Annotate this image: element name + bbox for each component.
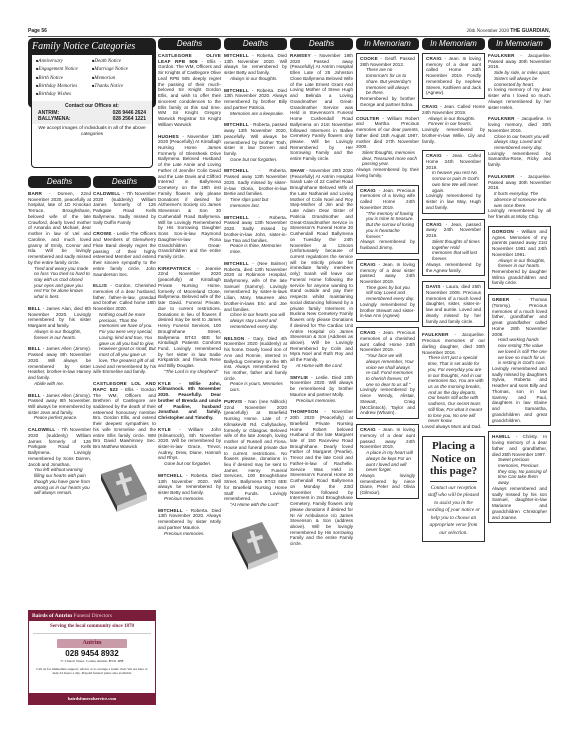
notice-name: CRAIG xyxy=(426,56,442,61)
notice-item: COOKE - Geoff. Passed 28th November 2012… xyxy=(356,53,419,111)
ad-phone: 028 9454 8932 xyxy=(29,649,155,659)
date-text: 26th November 2020 xyxy=(467,29,510,34)
ad-name: Bairds of Antrim xyxy=(32,613,72,619)
notice-item: CRAIG - Jean. In loving memory of a dear… xyxy=(356,259,419,322)
ad-town: Antrim xyxy=(57,639,127,648)
placing-title: Placing a Notice on this page? xyxy=(426,440,481,478)
notice-item: BELL - James Alan, died 8th November 202… xyxy=(28,306,91,340)
notice-body: BELL - James Alan, died 8th November 202… xyxy=(28,306,91,329)
notice-verse: There are no tomorrow's for us to share.… xyxy=(360,67,415,96)
contact-offices: Contact our Offices at: ANTRIM:028 9446 … xyxy=(32,101,152,124)
notice-name: FAULKNER xyxy=(488,116,515,121)
notice-verse: Precious memories. xyxy=(158,496,221,502)
notice-body: COULTER - William Robert and Martha. Pre… xyxy=(356,116,419,150)
notice-item: RAMSEY - November 19th 2020 Passed away … xyxy=(290,53,353,162)
notice-list: FAULKNER - Jacqueline. Passed away 30th … xyxy=(488,53,551,523)
notice-verse: Close in our hearts you will always stay… xyxy=(224,312,287,329)
notice-verse: Silent thoughts, memories dear, Treasure… xyxy=(356,150,419,167)
notice-body: THOMPSON - November 20th 2020 (Peacefull… xyxy=(290,409,353,547)
notice-signoff: Lovingly remembered and sadly missed by … xyxy=(492,366,547,423)
notice-name: MITCHELL xyxy=(224,261,249,266)
notice-name: MITCHELL xyxy=(158,508,183,513)
notice-item: FAULKNER - Jacqueline. In loving memory,… xyxy=(488,116,551,168)
notice-signoff: Lovingly remembered by brother-in-law Wi… xyxy=(422,127,485,144)
notice-verse: Tired and weary you made no fuss You tri… xyxy=(28,266,91,300)
office-phone: 028 2564 1221 xyxy=(113,116,146,122)
office-name: BALLYMENA: xyxy=(38,116,71,122)
notice-text: - Leslie The Officers and Members of Gle… xyxy=(93,231,156,276)
notice-body: CRAIG - Jean. Precious memories of a lov… xyxy=(360,188,415,211)
notice-body: SHAW - November 20th 2020 (Peacefully) A… xyxy=(290,168,353,363)
notice-item: CRAIG - Jean. Called Home 24th November … xyxy=(422,104,485,144)
notice-name: CRAIG xyxy=(360,188,376,193)
notice-body: MITCHELL - Roberta. Passed away 13th Nov… xyxy=(224,168,287,197)
placing-body: Contact our reception staff who will be … xyxy=(426,485,481,538)
notice-text: - Thomas (Tommy). Precious memories of a… xyxy=(492,297,547,336)
notice-name: CRAIG xyxy=(360,330,376,335)
notice-verse: "Your face we will always remember, Your… xyxy=(360,353,415,387)
category-item: Marriage Notice xyxy=(92,66,148,73)
notice-verse: Always in our thoughts, forever in our h… xyxy=(492,258,547,269)
ad-header: Bairds of Antrim Funeral Directors xyxy=(29,611,155,621)
notice-text: - 7th November 2020 (suddenly) William J… xyxy=(93,191,156,225)
notice-item: KIRKPATRICK - Jeannie 22nd November 2020… xyxy=(158,266,221,375)
notice-verse: "At Home with the Lord" xyxy=(224,502,287,508)
notice-name: HAMILL xyxy=(492,434,511,439)
paper-name: THE GUARDIAN, xyxy=(510,28,550,34)
notice-body: DAVIS - Laura, died 25th November 2008. … xyxy=(426,284,481,324)
header-rule xyxy=(28,36,550,37)
notice-name: MITCHELL xyxy=(224,168,249,173)
notice-body: CRAIG - Jean. In loving memory of a dear… xyxy=(426,56,481,96)
notice-verse: Abide with me. xyxy=(28,381,91,387)
notice-signoff: Always remembered by their loving family… xyxy=(356,167,419,178)
notice-signoff: Lovingly remembered by Samantha-Rose, Ri… xyxy=(488,151,551,168)
notice-body: MITCHELL - Roberta. Died 13th November 2… xyxy=(158,508,221,531)
office-ballymena: BALLYMENA:028 2564 1221 xyxy=(38,116,146,122)
notice-body: CRAIG - Jean. In loving memory of a dear… xyxy=(360,427,415,450)
notice-item: KYLE - William John (Kilmarnock), 6th No… xyxy=(158,427,221,467)
notice-signoff: Lovingly remembered by brother Stewart a… xyxy=(360,302,415,319)
notice-verse: Always in our thoughts. Forever in our h… xyxy=(422,116,485,127)
notice-verse: Gone but not forgotten. xyxy=(224,157,287,163)
notice-signoff: Always lovingly remembered by niece Dian… xyxy=(360,473,415,496)
notice-name: BARR xyxy=(28,191,42,196)
page-number: Page 56 xyxy=(28,28,47,34)
placing-notice-box: Placing a Notice on this page? Contact o… xyxy=(422,436,485,542)
notice-name: MITCHELL xyxy=(224,88,249,93)
notice-item: DAVIS - Laura, died 25th November 2008. … xyxy=(422,281,485,327)
notice-verse: In heaven you rest No sorrow or pain In … xyxy=(426,170,481,193)
notice-text: - Roberta, passed away 13th November 202… xyxy=(224,122,287,156)
notice-verse: "The Lord is my shepherd" xyxy=(158,369,221,375)
notice-item: MITCHELL - Roberta. Died 13th November 2… xyxy=(158,508,221,537)
notice-name: MITCHELL xyxy=(224,215,249,220)
notice-body: FAULKNER - Jacqueline. Passed away 30th … xyxy=(488,174,551,191)
notice-name: COOKE xyxy=(360,56,378,61)
notice-body: BELL - James Allen (Jimmy). Passed away … xyxy=(28,346,91,380)
bible-cross-icon xyxy=(93,460,153,520)
notice-name: KYLE xyxy=(158,381,171,386)
notice-item: MITCHELL - Roberta, passed away 13th Nov… xyxy=(224,122,287,162)
notice-body: CALDWELL - 7th November 2020 (suddenly) … xyxy=(93,191,156,225)
notice-signoff: Lovingly remembered by all her friends a… xyxy=(488,208,551,219)
notice-verse: Peace is thine, Memories mine. xyxy=(224,243,287,254)
notice-body: HAMILL - Christy. In loving memory of a … xyxy=(492,434,547,457)
notice-signoff: In loving memory of my dear sister who I… xyxy=(488,87,551,110)
notice-body: GREER - Thomas (Tommy). Precious memorie… xyxy=(492,297,547,337)
notice-verse: Time goes by but you still stay Loved an… xyxy=(360,285,415,302)
notice-item: BARR - Doreen, 22nd November 2020, peace… xyxy=(28,191,91,300)
notice-name: GORDON xyxy=(492,229,514,234)
notice-signoff: Lovingly remembered by sister in law May… xyxy=(426,193,481,210)
column-deaths-2: Deaths CALDWELL - 7th November 2020 (sud… xyxy=(93,176,156,526)
notice-name: GREER xyxy=(492,297,509,302)
notice-signoff: Remembered by brother George and partner… xyxy=(360,96,415,107)
notice-name: RAMSEY xyxy=(290,53,311,58)
notice-body: KIRKPATRICK - Jeannie 22nd November 2020… xyxy=(158,266,221,369)
category-item: Anniversary xyxy=(36,58,92,65)
notice-verse: Always in our thoughts. xyxy=(224,76,287,82)
accept-images-note: We accept images of individuals in all o… xyxy=(36,126,148,138)
notice-item: CRAIG - Jean. In loving memory of a dear… xyxy=(356,424,419,499)
notice-signoff: Always remembered by husband Jimmy. xyxy=(360,239,415,250)
category-item: Birthday Memories xyxy=(36,83,92,90)
notice-name: SHAW xyxy=(290,168,305,173)
notice-signoff: Loved and remembered by his wife Emmelin… xyxy=(93,364,156,375)
ad-serving: Serving the local community since 1870 xyxy=(33,621,151,634)
notice-body: MITCHELL - Roberta, passed away 13th Nov… xyxy=(224,122,287,156)
notice-text: - Willie John, Kilmarnock. 6th November … xyxy=(158,381,221,420)
notice-verse: Gone but not forgotten. xyxy=(158,461,221,467)
notice-item: HUGHES - November 18th 2020 (Peacefully)… xyxy=(158,134,221,260)
notice-text: - November 19th 2020 Passed away (Peacef… xyxy=(290,53,353,161)
notice-verse: Always in our thoughts, forever in our h… xyxy=(28,329,91,340)
category-item: Death Notice xyxy=(92,58,148,65)
notice-name: CROWE xyxy=(93,231,112,236)
notice-verse: At Home with the Lord. xyxy=(290,363,353,369)
notice-body: CRAIG - Jean, passed away 24th November … xyxy=(426,222,481,239)
notice-name: FAULKNER xyxy=(422,332,449,337)
notice-item: CASTLEGORE OLIVE LEAF RPB 505 - Ellis - … xyxy=(158,53,221,128)
notice-signoff: Remembered by daughter Wilma grandchildr… xyxy=(492,269,547,286)
notice-verse: Sweet precious memories, Precious they s… xyxy=(492,457,547,486)
notice-item: CRAIG - Jean. Called Home 24th November … xyxy=(422,150,485,213)
notice-item: NELSON - Gary, Died 4th November 2020 (s… xyxy=(224,336,287,393)
notice-verse: You left without warning filling our hea… xyxy=(28,467,91,496)
notice-verse: "The memory of having you is mine to tre… xyxy=(360,211,415,240)
notice-list: MITCHELL - Roberta. Died 13th November 2… xyxy=(224,53,287,508)
notice-name: NELSON xyxy=(224,336,244,341)
notice-verse: There isn't just a special time, That is… xyxy=(422,355,485,424)
notice-item: BELL - James Allen (Jimmy). Passed away … xyxy=(28,393,91,422)
section-heading-deaths: Deaths xyxy=(158,38,221,50)
notice-item: COULTER - William Robert and Martha. Pre… xyxy=(356,116,419,179)
notice-verse: Nothing could be more precious, Than the… xyxy=(93,312,156,364)
category-item: Birthday Wishes xyxy=(36,91,92,98)
notice-item: CASTLEGORE LOL AND RAPC 522 - Ellis - Go… xyxy=(93,381,156,450)
notice-verse: Side by side, or miles apart, Sisters wi… xyxy=(488,70,551,87)
notice-body: CRAIG - Jean. Precious memories of a che… xyxy=(360,330,415,353)
notice-item: THOMPSON - November 20th 2020 (Peacefull… xyxy=(290,409,353,547)
notice-list: RAMSEY - November 19th 2020 Passed away … xyxy=(290,53,353,547)
notice-signoff: Always remembered by the Agnew family. xyxy=(426,262,481,273)
column-deaths-1: Deaths BARR - Doreen, 22nd November 2020… xyxy=(28,176,91,502)
section-heading-in-memoriam: In Memoriam xyxy=(488,38,551,50)
notice-body: GORDON - William and Agnes. Memories of … xyxy=(492,229,547,258)
notice-name: CRAIG xyxy=(360,427,376,432)
notice-item: BELL - James Allen (Jimmy). Passed away … xyxy=(28,346,91,386)
notice-name: CRAIG xyxy=(426,153,442,158)
notice-item: CRAIG - Jean. In loving memory of a dear… xyxy=(422,53,485,99)
notice-list: BARR - Doreen, 22nd November 2020, peace… xyxy=(28,191,91,496)
notice-text: - Jeannie 22nd November 2020 (peacefully… xyxy=(158,266,221,368)
notice-item: CALDWELL - 7th November 2020 (suddenly) … xyxy=(28,427,91,496)
notice-name: CALDWELL xyxy=(28,427,55,432)
notice-text: - Gary, Died 4th November 2020 (suddenly… xyxy=(224,336,287,381)
notice-name: DAVIS xyxy=(426,284,441,289)
notice-verse: Silent thoughts of times together Hold m… xyxy=(426,239,481,262)
notice-body: CASTLEGORE LOL AND RAPC 522 - Ellis - Go… xyxy=(93,381,156,450)
notice-item: MITCHELL - Roberta. Passed away 13th Nov… xyxy=(224,168,287,208)
page-header: Page 56 26th November 2020 THE GUARDIAN, xyxy=(28,28,550,36)
notice-list: COOKE - Geoff. Passed 28th November 2012… xyxy=(356,53,419,499)
notice-text: - Nan (nee Niblock) 22nd November 2020 (… xyxy=(224,399,287,501)
notice-text: - November 20th 2020 (Peacefully) At Ant… xyxy=(290,168,353,362)
column-deaths-5: Deaths RAMSEY - November 19th 2020 Passe… xyxy=(290,38,353,553)
notice-verse: Memories are a keepsake. xyxy=(224,111,287,117)
notice-item: HAMILL - Christy. In loving memory of a … xyxy=(488,431,551,523)
notice-signoff: Always remembered and sadly missed by hi… xyxy=(492,486,547,520)
notice-name: SMYLIE xyxy=(290,375,308,380)
categories-inner: AnniversaryDeath NoticeEngagement Notice… xyxy=(31,54,153,168)
section-heading-deaths: Deaths xyxy=(224,38,287,50)
notice-name: BELL xyxy=(28,306,41,311)
notice-body: RAMSEY - November 19th 2020 Passed away … xyxy=(290,53,353,162)
notice-verse: Peace perfect peace. xyxy=(28,415,91,421)
notice-name: ELLIS xyxy=(93,283,107,288)
notice-verse: A place in my heart will always be kept … xyxy=(360,450,415,473)
notice-item: GREER - Thomas (Tommy). Precious memorie… xyxy=(488,294,551,426)
notice-text: - 7th November 2020 (suddenly) William J… xyxy=(28,427,91,466)
notice-signoff: Lovingly remembered by niece Wendy, Alis… xyxy=(360,387,415,416)
category-item: Engagement Notice xyxy=(36,66,92,73)
notice-name: BELL xyxy=(28,393,41,398)
notice-name: MITCHELL xyxy=(224,53,249,58)
notice-body: CRAIG - Jean. In loving memory of a dear… xyxy=(360,262,415,285)
bible-cross-icon xyxy=(224,518,284,578)
column-memoriam-3: In Memoriam FAULKNER - Jacqueline. Passe… xyxy=(488,38,551,528)
notice-item: MITCHELL - Roberta. Died 13th November 2… xyxy=(224,88,287,117)
ad-footer: bairdsfuneralservice.com xyxy=(29,693,155,704)
section-heading-in-memoriam: In Memoriam xyxy=(356,38,419,50)
notice-body: CROWE - Leslie The Officers and Members … xyxy=(93,231,156,277)
notice-item: CROWE - Leslie The Officers and Members … xyxy=(93,231,156,277)
section-heading-deaths: Deaths xyxy=(28,176,91,188)
family-notice-categories-box: Family Notice Categories AnniversaryDeat… xyxy=(28,38,156,108)
notice-name: COULTER xyxy=(356,116,379,121)
issue-date: 26th November 2020 THE GUARDIAN, xyxy=(467,28,550,35)
notice-body: BARR - Doreen, 22nd November 2020, peace… xyxy=(28,191,91,266)
notice-body: MITCHELL - Roberta. Died 13th November 2… xyxy=(158,473,221,496)
notice-item: FAULKNER - Jacqueline. Passed away 30th … xyxy=(488,174,551,220)
section-heading-deaths: Deaths xyxy=(93,176,156,188)
notice-verse: Hard working hands now resting The value… xyxy=(492,337,547,366)
notice-body: PURVIS - Nan (nee Niblock) 22nd November… xyxy=(224,399,287,502)
notice-name: KYLE xyxy=(158,427,171,432)
notice-item: SMYLIE - Leslie. Died 10th November 2020… xyxy=(290,375,353,404)
notice-body: KYLE - William John (Kilmarnock), 6th No… xyxy=(158,427,221,461)
notice-body: CRAIG - Jean. Called Home 24th November … xyxy=(426,153,481,170)
notice-text: - Doreen, 22nd November 2020, peacefully… xyxy=(28,191,91,265)
notice-body: FAULKNER - Jacqueline. Precious memories… xyxy=(422,332,485,355)
notice-body: NELSON - Gary, Died 4th November 2020 (s… xyxy=(224,336,287,382)
notice-body: ELLIS - Gordon. Cherished memories of a … xyxy=(93,283,156,312)
notice-item: CALDWELL - 7th November 2020 (suddenly) … xyxy=(93,191,156,225)
notice-body: FAULKNER - Jacqueline. Passed away 30th … xyxy=(488,53,551,70)
notice-text: - James Allen (Jimmy). Passed away 8th N… xyxy=(28,346,91,380)
notice-body: FAULKNER - Jacqueline. In loving memory,… xyxy=(488,116,551,133)
notice-item: CRAIG - Jean. Precious memories of a lov… xyxy=(356,185,419,254)
notice-name: PURVIS xyxy=(224,399,242,404)
notice-body: COOKE - Geoff. Passed 28th November 2012… xyxy=(360,56,415,67)
notice-text: - William John (Kilmarnock), 6th Novembe… xyxy=(158,427,221,461)
categories-list: AnniversaryDeath NoticeEngagement Notice… xyxy=(36,58,148,98)
notice-text: - William Robert and Martha. Precious me… xyxy=(356,116,419,150)
notice-name: CRAIG xyxy=(422,104,438,109)
notice-item: PURVIS - Nan (nee Niblock) 22nd November… xyxy=(224,399,287,508)
notice-name: CALDWELL xyxy=(93,191,120,196)
notice-list: CRAIG - Jean. In loving memory of a dear… xyxy=(422,53,485,430)
notice-body: BELL - James Allen (Jimmy). Passed away … xyxy=(28,393,91,416)
notice-verse: Precious memories. xyxy=(158,531,221,537)
ad-blurb: Call us for immediate support, advice or… xyxy=(29,664,155,679)
notice-body: HUGHES - November 18th 2020 (Peacefully)… xyxy=(158,134,221,260)
notice-item: MITCHELL - (Nee Balmer) Roberta, died 13… xyxy=(224,261,287,330)
notice-verse: Close to our hearts you will always stay… xyxy=(488,134,551,151)
notice-item: MITCHELL - Roberta. Died 13th November 2… xyxy=(158,473,221,502)
notice-body: SMYLIE - Leslie. Died 10th November 2020… xyxy=(290,375,353,398)
notice-name: HUGHES xyxy=(158,134,179,139)
notice-body: MITCHELL - Roberta. Died 13th November 2… xyxy=(224,53,287,76)
notice-verse: Time slips past but memories last. xyxy=(224,197,287,208)
notice-body: MITCHELL - Roberta. Died 13th November 2… xyxy=(224,88,287,111)
notice-text: - Ellis - Gordon The WM, Officers and Br… xyxy=(93,387,156,449)
notice-name: FAULKNER xyxy=(488,53,515,58)
ad-website-link[interactable]: bairdsfuneralservice.com xyxy=(68,696,117,701)
column-memoriam-2: In Memoriam CRAIG - Jean. In loving memo… xyxy=(422,38,485,542)
notice-body: MITCHELL - Roberta. Passed away 13th Nov… xyxy=(224,215,287,244)
category-item: Memorian xyxy=(92,75,148,82)
notice-body: CASTLEGORE OLIVE LEAF RPB 505 - Ellis - … xyxy=(158,53,221,128)
notice-item: SHAW - November 20th 2020 (Peacefully) A… xyxy=(290,168,353,369)
notice-signoff: Loved always Mum and Dad. xyxy=(422,424,485,430)
category-item: Birth Notice xyxy=(36,75,92,82)
notice-item: MITCHELL - Roberta. Died 13th November 2… xyxy=(224,53,287,82)
notice-name: KIRKPATRICK xyxy=(158,266,191,271)
notice-name: CRAIG xyxy=(426,222,442,227)
notice-body: CALDWELL - 7th November 2020 (suddenly) … xyxy=(28,427,91,467)
column-deaths-3: Deaths CASTLEGORE OLIVE LEAF RPB 505 - E… xyxy=(158,38,221,542)
notice-item: MITCHELL - Roberta. Passed away 13th Nov… xyxy=(224,215,287,255)
notice-body: CRAIG - Jean. Called Home 24th November … xyxy=(422,104,485,115)
notice-text: - Laura, died 25th November 2008. Precio… xyxy=(426,284,481,323)
notice-name: MITCHELL xyxy=(158,473,183,478)
section-heading-deaths: Deaths xyxy=(290,38,353,50)
notice-name: CRAIG xyxy=(360,262,376,267)
notice-text: - November 18th 2020 (Peacefully) At Kin… xyxy=(158,134,221,259)
notice-item: CRAIG - Jean, passed away 24th November … xyxy=(422,219,485,277)
notice-item: FAULKNER - Jacqueline. Precious memories… xyxy=(422,332,485,429)
notice-verse: It hurts everyday. The absence of someon… xyxy=(488,191,551,208)
notice-verse: Peace is yours, Memories ours. xyxy=(224,381,287,392)
notice-body: MITCHELL - (Nee Balmer) Roberta, died 13… xyxy=(224,261,287,313)
notice-name: MITCHELL xyxy=(224,122,249,127)
category-item: Thanks Notice xyxy=(92,83,148,90)
notice-item: KYLE - Willie John, Kilmarnock. 6th Nove… xyxy=(158,381,221,421)
notice-name: THOMPSON xyxy=(290,409,318,414)
notice-text: - November 20th 2020 (Peacefully) at Bra… xyxy=(290,409,353,546)
bairds-funeral-ad[interactable]: Bairds of Antrim Funeral Directors Servi… xyxy=(28,610,156,705)
notice-text: - Ellis - Gordon. The WM, Officers and S… xyxy=(158,59,221,127)
notice-verse: Precious memories. xyxy=(290,398,353,404)
column-deaths-4: Deaths MITCHELL - Roberta. Died 13th Nov… xyxy=(224,38,287,584)
notice-text: - Jean. In loving memory of a dear aunt … xyxy=(426,56,481,95)
notice-text: - (Nee Balmer) Roberta, died 13th Novemb… xyxy=(224,261,287,312)
ad-tagline: Funeral Directors xyxy=(73,613,112,619)
notice-item: ELLIS - Gordon. Cherished memories of a … xyxy=(93,283,156,375)
notice-list: CALDWELL - 7th November 2020 (suddenly) … xyxy=(93,191,156,450)
notice-body: KYLE - Willie John, Kilmarnock. 6th Nove… xyxy=(158,381,221,421)
section-heading-in-memoriam: In Memoriam xyxy=(422,38,485,50)
column-memoriam-1: In Memoriam COOKE - Geoff. Passed 28th N… xyxy=(356,38,419,504)
notice-item: GORDON - William and Agnes. Memories of … xyxy=(488,226,551,289)
notice-item: CRAIG - Jean. Precious memories of a che… xyxy=(356,327,419,419)
notice-item: FAULKNER - Jacqueline. Passed away 30th … xyxy=(488,53,551,110)
notice-name: BELL xyxy=(28,346,41,351)
notice-name: FAULKNER xyxy=(488,174,515,179)
notice-list: CASTLEGORE OLIVE LEAF RPB 505 - Ellis - … xyxy=(158,53,221,536)
